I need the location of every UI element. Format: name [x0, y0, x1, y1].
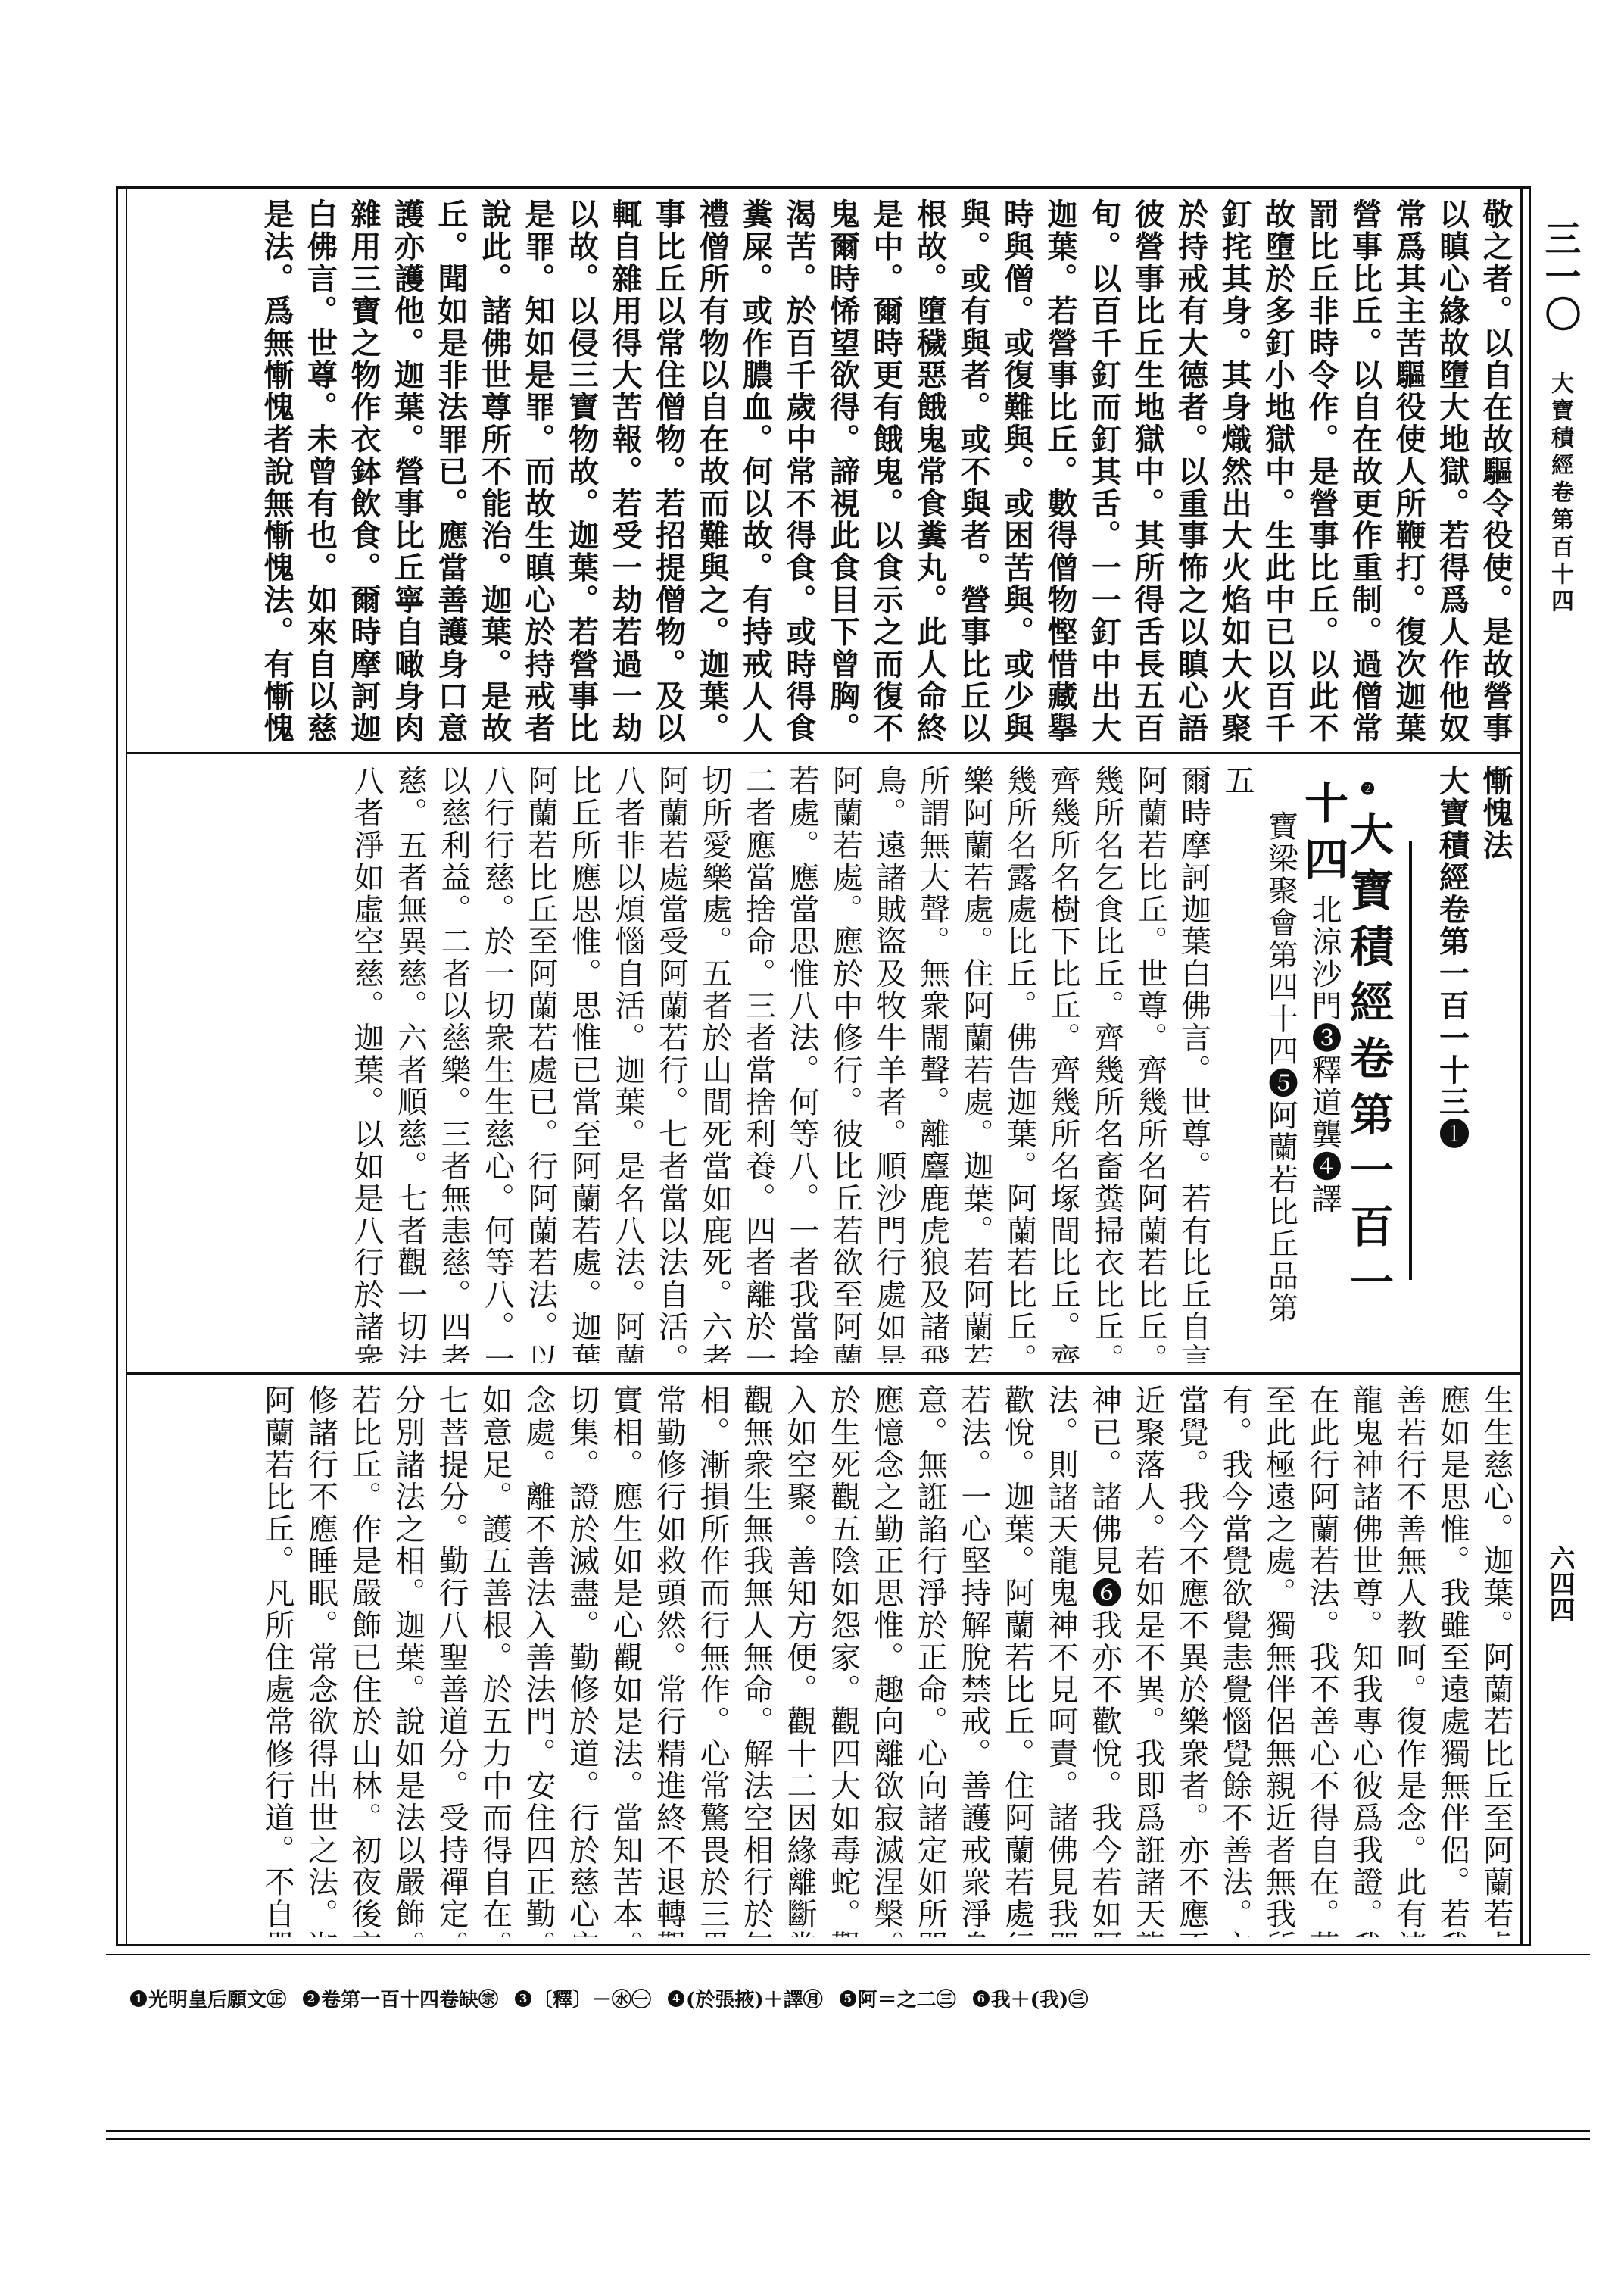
footnote-text: 我＋(我)㊂	[991, 1984, 1089, 2012]
footnote-4: 4 (於張掖)＋譯㊊	[668, 1984, 823, 2012]
footnote-number: 2	[303, 1990, 320, 2007]
text-column: 以慈利益。二者以慈樂。三者無恚慈。四者正	[432, 765, 475, 1363]
text-column: 於生死觀五陰如怨家。觀四大如毒蛇。觀六	[821, 1384, 865, 1937]
prev-volume-colophon: 大寶積經卷第一百一十三❶	[1430, 765, 1474, 1363]
text-column: 故墮於多釘小地獄中。生此中已以百千釘	[1256, 198, 1300, 744]
footnote-number: 5	[840, 1990, 856, 2007]
text-column: 應憶念之勤正思惟。趣向離欲寂滅涅槃。畏	[865, 1384, 909, 1937]
text-column: 白佛言。世尊。未曾有也。如來自以慈心說如	[298, 198, 342, 744]
text-column: 雜用三寶之物作衣鉢飲食。爾時摩訶迦葉	[342, 198, 386, 744]
text-column: 阿蘭若處當受阿蘭若行。七者當以法自活。	[649, 765, 693, 1363]
assembly-heading-end: 五	[1215, 765, 1259, 1363]
text-column: 實相。應生如是心觀如是法。當知苦本。斷一	[603, 1384, 647, 1937]
text-column: 觀無衆生無我無人無命。解法空相行於無	[734, 1384, 778, 1937]
text-column: 近聚落人。若如是不異。我即爲誑諸天龍鬼	[1126, 1384, 1170, 1937]
text-column: 根故。墮穢惡餓鬼常食糞丸。此人命終當生	[908, 198, 952, 744]
footnote-text: 光明皇后願文㊣	[148, 1984, 286, 2012]
text-column: 糞屎。或作膿血。何以故。有持戒人人所敬	[734, 198, 778, 744]
text-column: 以故。以侵三寶物故。迦葉。若營事比丘聞如	[560, 198, 603, 744]
text-column: 與。或有與者。或不與者。營事比丘以此不善	[952, 198, 996, 744]
text-column: 常爲其主苦驅役使人所鞭打。復次迦葉。若	[1387, 198, 1431, 744]
text-column: 旬。以百千釘而釘其舌。一一釘中出大火焰。	[1082, 198, 1126, 744]
footnote-text: 阿＝之二㊂	[858, 1984, 956, 2012]
text-column: 龍鬼神諸佛世尊。知我專心彼爲我證。我今	[1343, 1384, 1387, 1937]
footnote-text: (於張掖)＋譯㊊	[686, 1984, 823, 2012]
text-column: 意。無誑諂行淨於正命。心向諸定如所聞法。	[908, 1384, 952, 1937]
prev-volume-tail: 慚愧法	[1474, 765, 1518, 1363]
text-column: 生生慈心。迦葉。阿蘭若比丘至阿蘭若處已。	[1474, 1384, 1518, 1937]
footnote-6: 6 我＋(我)㊂	[973, 1984, 1089, 2012]
footnote-text: 〔釋〕－㊌㊀	[533, 1984, 651, 2012]
running-title: 大寶積經卷第百十四	[1537, 371, 1582, 616]
assembly-heading: 寶梁聚會第四十四❺阿蘭若比丘品第	[1258, 765, 1302, 1363]
text-column: 阿蘭若比丘。凡所住處常修行道。不自嚴身	[255, 1384, 299, 1937]
text-column: 說此。諸佛世尊所不能治。迦葉。是故營事比	[472, 198, 516, 744]
text-column: 有。我今當覺欲覺恚覺惱覺餘不善法。亦應	[1213, 1384, 1257, 1937]
text-column: 慈。五者無異慈。六者順慈。七者觀一切法慈。	[388, 765, 432, 1363]
text-column: 事比丘以常住僧物。若招提僧物。及以佛物。	[647, 198, 690, 744]
text-column: 常勤修行如救頭然。常行精進終不退轉觀身	[647, 1384, 690, 1937]
text-column: 鳥。遠諸賊盜及牧牛羊者。順沙門行處如是	[867, 765, 911, 1363]
footnote-5: 5 阿＝之二㊂	[840, 1984, 956, 2012]
text-column: 丘。聞如是非法罪已。應當善護身口意業。自	[429, 198, 473, 744]
footnote-number: 4	[668, 1990, 684, 2007]
text-column: 在此行阿蘭若法。我不善心不得自在。若我	[1300, 1384, 1344, 1937]
text-column: 所謂無大聲。無衆閙聲。離麞鹿虎狼及諸飛	[910, 765, 954, 1363]
footnote-2: 2 卷第一百十四卷缺㊪	[303, 1984, 498, 2012]
text-column: 若比丘。作是嚴飾已住於山林。初夜後夜勤	[342, 1384, 386, 1937]
footnote-3: 3 〔釋〕－㊌㊀	[515, 1984, 651, 2012]
text-column: 鬼爾時悕望欲得。諦視此食目下曾胸。受飢	[821, 198, 865, 744]
text-column: 阿蘭若比丘至阿蘭若處已。行阿蘭若法。以	[519, 765, 563, 1363]
footnote-number: 6	[973, 1990, 990, 2007]
text-column: 幾所名露處比丘。佛告迦葉。阿蘭若比丘。必	[997, 765, 1041, 1363]
top-register: 敬之者。以自在故驅令役使。是故營事比丘。 以瞋心緣故墮大地獄。若得爲人作他奴僕。…	[130, 198, 1517, 744]
text-column: 以瞋心緣故墮大地獄。若得爲人作他奴僕。	[1430, 198, 1474, 744]
side-page-number: 六四四	[1537, 1545, 1582, 1622]
register-divider-1	[126, 752, 1523, 754]
text-column: 八者淨如虛空慈。迦葉。以如是八行於諸衆	[344, 765, 388, 1363]
text-column: 切所愛樂處。五者於山間死當如鹿死。六者	[693, 765, 737, 1363]
text-column: 爾時摩訶迦葉白佛言。世尊。若有比丘自言	[1171, 765, 1215, 1363]
text-column: 渴苦。於百千歲中常不得食。或時得食變爲	[778, 198, 821, 744]
title-separator-rule	[1409, 841, 1412, 1280]
text-column: 法。則諸天龍鬼神不見呵責。諸佛見我即亦	[1039, 1384, 1083, 1937]
text-column: 護亦護他。迦葉。營事比丘寧自噉身肉。終不	[385, 198, 429, 744]
text-column: 阿蘭若比丘。世尊。齊幾所名阿蘭若比丘。齊	[1128, 765, 1172, 1363]
running-header: 三一〇 大寶積經卷第百十四	[1537, 220, 1582, 616]
text-column: 禮僧所有物以自在故而難與之。迦葉。若營	[690, 198, 734, 744]
text-column: 彼營事比丘生地獄中。其所得舌長五百由	[1126, 198, 1170, 744]
text-column: 若法。一心堅持解脫禁戒。善護戒衆淨身口	[952, 1384, 996, 1937]
text-column: 八行行慈。於一切衆生生慈心。何等八。一者	[475, 765, 519, 1363]
text-column: 相。漸損所作而行無作。心常驚畏於三界行。	[690, 1384, 734, 1937]
text-column: 至此極遠之處。獨無伴侶無親近者無我所	[1256, 1384, 1300, 1937]
text-column: 歡悅。迦葉。阿蘭若比丘。住阿蘭若處行阿蘭	[995, 1384, 1039, 1937]
footnote-text: 卷第一百十四卷缺㊪	[321, 1984, 498, 2012]
footnote-number: 1	[130, 1990, 147, 2007]
text-column: 分別諸法之相。迦葉。說如是法以嚴飾。阿蘭	[385, 1384, 429, 1937]
text-column: 若處。應當思惟八法。何等八。一者我當捨身。	[780, 765, 824, 1363]
page-number: 三一〇	[1537, 220, 1582, 333]
text-column: 應如是思惟。我雖至遠處獨無伴侶。若我行	[1430, 1384, 1474, 1937]
text-column: 迦葉。若營事比丘。數得僧物慳惜藏擧。或非	[1039, 198, 1083, 744]
text-column: 時與僧。或復難與。或困苦與。或少與或不	[995, 198, 1039, 744]
text-column: 敬之者。以自在故驅令役使。是故營事比丘。	[1474, 198, 1518, 744]
page-bottom-rule-2	[106, 2138, 1590, 2140]
text-column: 八者非以煩惱自活。迦葉。是名八法。阿蘭若	[606, 765, 650, 1363]
text-column: 是法。爲無慚愧者說無慚愧法。有慚愧者說	[255, 198, 299, 744]
middle-register: 慚愧法 大寶積經卷第一百一十三❶ ❷大寶積經卷第一百一十四 北涼沙門❸釋道龔❹譯…	[130, 765, 1517, 1363]
page-bottom-rule-1	[106, 2130, 1590, 2132]
text-column: 修諸行不應睡眠。常念欲得出世之法。迦葉。	[298, 1384, 342, 1937]
text-column: 入如空聚。善知方便。觀十二因緣離斷常見。	[778, 1384, 821, 1937]
text-column: 念處。離不善法入善法門。安住四正勤。入四	[516, 1384, 560, 1937]
text-column: 是罪。知如是罪。而故生瞋心於持戒者。我今	[516, 198, 560, 744]
text-column: 阿蘭若處。應於中修行。彼比丘若欲至阿蘭	[823, 765, 867, 1363]
footnote-1: 1 光明皇后願文㊣	[130, 1984, 286, 2012]
text-column: 二者應當捨命。三者當捨利養。四者離於一	[736, 765, 780, 1363]
text-column: 切集。證於滅盡。勤修於道。行於慈心安住四	[560, 1384, 603, 1937]
text-column: 釘挓其身。其身熾然出大火焰如大火聚。若	[1213, 198, 1257, 744]
text-column: 於持戒有大德者。以重事怖之以瞋心語故。	[1169, 198, 1213, 744]
text-column: 齊幾所名樹下比丘。齊幾所名塚間比丘。齊	[1041, 765, 1085, 1363]
text-column: 是中。爾時更有餓鬼。以食示之而復不與。此	[865, 198, 909, 744]
bottom-register: 生生慈心。迦葉。阿蘭若比丘至阿蘭若處已。 應如是思惟。我雖至遠處獨無伴侶。若我行…	[130, 1384, 1517, 1937]
text-column: 七菩提分。勤行八聖善道分。受持禪定。以慧	[429, 1384, 473, 1937]
footnotes: 1 光明皇后願文㊣ 2 卷第一百十四卷缺㊪ 3 〔釋〕－㊌㊀ 4 (於張掖)＋譯…	[130, 1984, 1088, 2012]
text-column: 當覺。我今不應不異於樂衆者。亦不應不異	[1169, 1384, 1213, 1937]
text-column: 樂阿蘭若處。住阿蘭若處。迦葉。若阿蘭若處。	[954, 765, 998, 1363]
text-column: 比丘所應思惟。思惟已當至阿蘭若處。迦葉。	[562, 765, 606, 1363]
text-column: 幾所名乞食比丘。齊幾所名畜糞掃衣比丘。	[1084, 765, 1128, 1363]
footnote-number: 3	[515, 1990, 531, 2007]
text-column: 如意足。護五善根。於五力中而得自在。覺	[472, 1384, 516, 1937]
text-column: 營事比丘。以自在故更作重制。過僧常限謫	[1343, 198, 1387, 744]
text-column: 輒自雜用得大苦報。若受一劫若過一劫。何	[603, 198, 647, 744]
text-column: 罰比丘非時令作。是營事比丘。以此不善根	[1300, 198, 1344, 744]
register-divider-2	[126, 1372, 1523, 1375]
footnote-marker-2: ❷	[1345, 780, 1391, 811]
text-column: 神已。諸佛見❻我亦不歡悅。我今若如阿蘭若	[1082, 1384, 1126, 1937]
footnote-rule	[106, 1954, 1590, 1955]
text-column: 善若行不善無人教呵。復作是念。此有諸天	[1387, 1384, 1431, 1937]
volume-title: ❷大寶積經卷第一百一十四	[1345, 765, 1391, 1363]
